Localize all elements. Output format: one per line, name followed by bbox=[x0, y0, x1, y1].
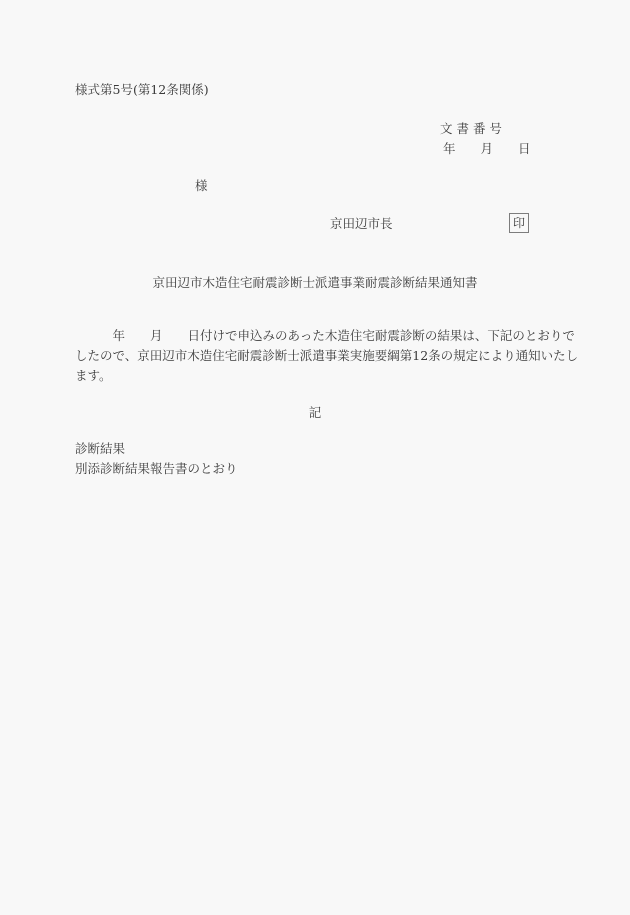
body-line-1: 年 月 日付けで申込みのあった木造住宅耐震診断の結果は、下記のとおりで bbox=[75, 326, 575, 346]
result-value: 別添診断結果報告書のとおり bbox=[75, 462, 238, 476]
document-page: 様式第5号(第12条関係) 文 書 番 号 年 月 日 様 京田辺市長 印 京田… bbox=[0, 0, 630, 915]
record-marker: 記 bbox=[0, 406, 630, 420]
seal-mark-icon: 印 bbox=[513, 217, 525, 229]
document-title: 京田辺市木造住宅耐震診断士派遣事業耐震診断結果通知書 bbox=[0, 276, 630, 290]
body-paragraph: 年 月 日付けで申込みのあった木造住宅耐震診断の結果は、下記のとおりで したので… bbox=[75, 326, 575, 386]
sender-title: 京田辺市長 bbox=[330, 217, 393, 231]
body-line-3: ます。 bbox=[75, 366, 575, 386]
doc-number-label: 文 書 番 号 bbox=[440, 122, 502, 136]
date-line: 年 月 日 bbox=[443, 142, 531, 156]
form-number: 様式第5号(第12条関係) bbox=[75, 83, 209, 97]
addressee-honorific: 様 bbox=[195, 179, 208, 193]
seal-box: 印 bbox=[509, 213, 529, 233]
body-line-2: したので、京田辺市木造住宅耐震診断士派遣事業実施要綱第12条の規定により通知いた… bbox=[75, 346, 575, 366]
result-label: 診断結果 bbox=[75, 442, 125, 456]
